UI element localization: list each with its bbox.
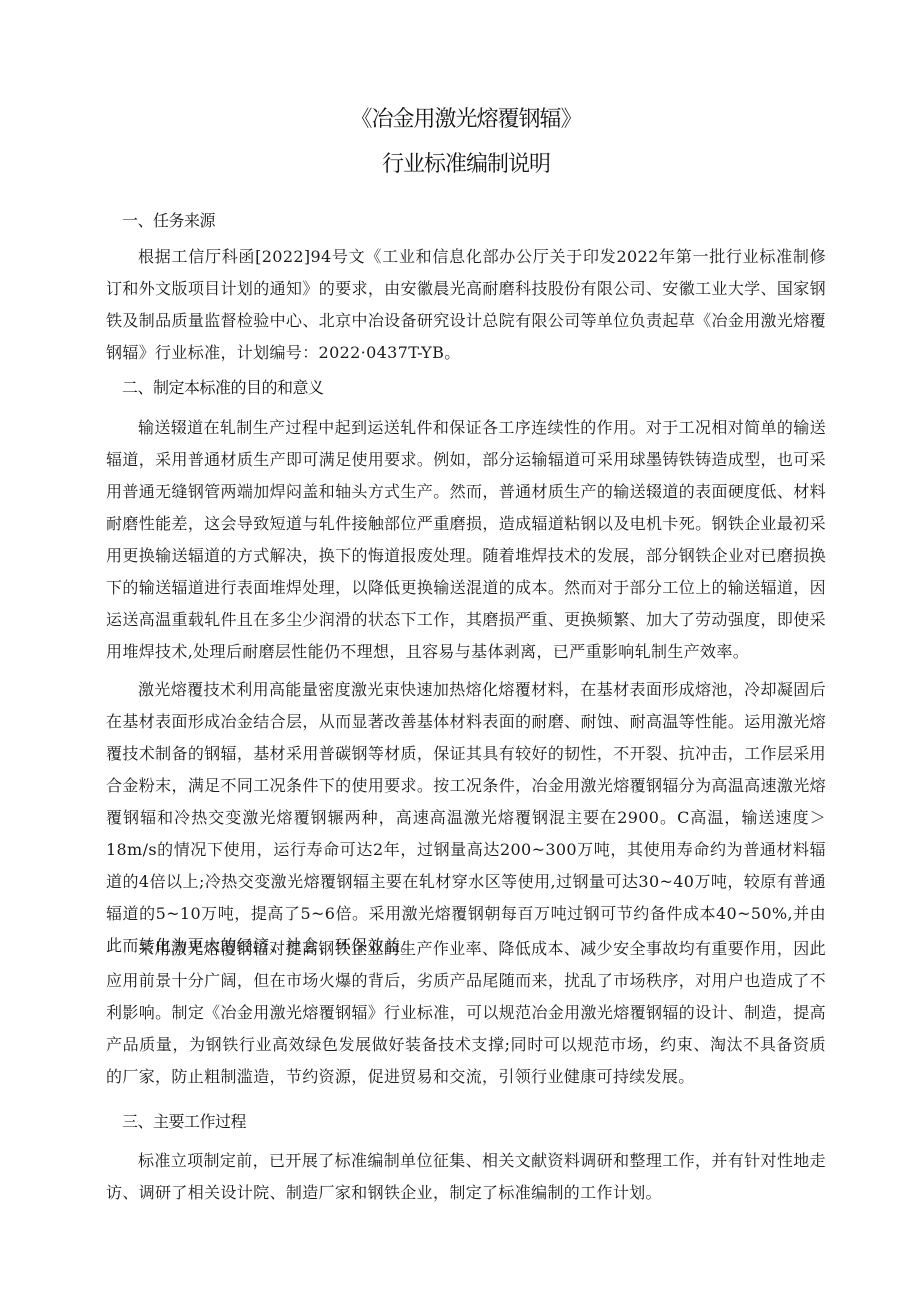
paragraph-task-source: 根据工信厅科函[2022]94号文《工业和信息化部办公厅关于印发2022年第一批… xyxy=(106,241,826,369)
section-heading-purpose: 二、制定本标准的目的和意义 xyxy=(122,375,324,398)
section-heading-work-process: 三、主要工作过程 xyxy=(122,1109,246,1132)
document-subtitle: 行业标准编制说明 xyxy=(106,147,826,178)
paragraph-work-process: 标准立项制定前，已开展了标准编制单位征集、相关文献资料调研和整理工作，并有针对性… xyxy=(106,1145,826,1209)
document-title: 《冶金用激光熔覆钢辐》 xyxy=(106,102,826,133)
paragraph-purpose-1: 输送辍道在轧制生产过程中起到运送轧件和保证各工序连续性的作用。对于工况相对简单的… xyxy=(106,412,826,668)
paragraph-purpose-3: 采用激光熔覆钢辐对提高钢铁企业的生产作业率、降低成本、减少安全事故均有重要作用，… xyxy=(106,933,826,1093)
section-heading-task-source: 一、任务来源 xyxy=(122,208,215,231)
paragraph-purpose-2: 激光熔覆技术利用高能量密度激光束快速加热熔化熔覆材料，在基材表面形成熔池，冷却凝… xyxy=(106,674,826,962)
